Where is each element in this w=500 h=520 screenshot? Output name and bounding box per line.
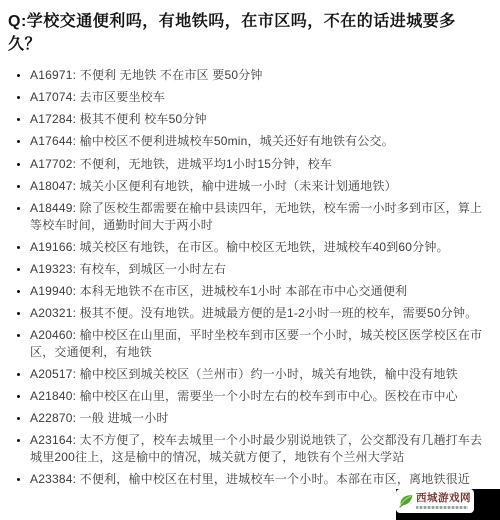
answer-text: 不便利，榆中校区在村里，进城校车一个小时。本部在市区，离地铁很近 <box>80 472 470 486</box>
answer-item: A22870: 一般 进城一小时 <box>30 410 492 427</box>
answer-item: A20517: 榆中校区到城关校区（兰州市）约一小时，城关有地铁，榆中没有地铁 <box>30 366 492 383</box>
answer-item: A19323: 有校车，到城区一小时左右 <box>30 261 492 278</box>
answer-id: A17284: <box>30 112 76 126</box>
answer-text: 榆中校区在山里，需要坐一个小时左右的校车到市中心。医校在市中心 <box>80 389 458 403</box>
answer-text: 有校车，到城区一小时左右 <box>80 262 226 276</box>
answer-item: A20321: 极其不便。没有地铁。进城最方便的是1-2小时一班的校车，需要50… <box>30 305 492 322</box>
answer-id: A23384: <box>30 472 76 486</box>
answer-text: 一般 进城一小时 <box>80 411 169 425</box>
watermark-badge: 西城游戏网 <box>396 489 474 513</box>
watermark-caption-strip <box>416 506 468 509</box>
answer-id: A23164: <box>30 433 76 447</box>
answer-text: 除了医校生都需要在榆中县读四年，无地铁，校车需一小时多到市区，算上等校车时间，通… <box>30 201 482 232</box>
answer-id: A17074: <box>30 90 76 104</box>
answer-item: A17702: 不便利，无地铁，进城平均1小时15分钟，校车 <box>30 156 492 173</box>
answer-id: A22870: <box>30 411 76 425</box>
answer-text: 不便利 无地铁 不在市区 要50分钟 <box>80 68 263 82</box>
answer-item: A19940: 本科无地铁不在市区，进城校车1小时 本部在市中心交通便利 <box>30 283 492 300</box>
answer-id: A18449: <box>30 201 76 215</box>
answer-item: A16971: 不便利 无地铁 不在市区 要50分钟 <box>30 67 492 84</box>
answer-item: A21840: 榆中校区在山里，需要坐一个小时左右的校车到市中心。医校在市中心 <box>30 388 492 405</box>
answer-item: A19166: 城关校区有地铁，在市区。榆中校区无地铁，进城校车40到60分钟。 <box>30 239 492 256</box>
watermark: 西城游戏网 <box>396 489 500 520</box>
question-title: Q:学校交通便利吗，有地铁吗，在市区吗，不在的话进城要多久？ <box>0 0 500 56</box>
answer-id: A18047: <box>30 179 76 193</box>
answer-id: A17644: <box>30 134 76 148</box>
answer-id: A20321: <box>30 306 76 320</box>
answer-item: A17284: 极其不便利 校车50分钟 <box>30 111 492 128</box>
answer-text: 城关小区便利有地铁，榆中进城一小时（未来计划通地铁） <box>80 179 397 193</box>
answer-text: 本科无地铁不在市区，进城校车1小时 本部在市中心交通便利 <box>80 284 408 298</box>
answer-id: A20517: <box>30 367 76 381</box>
answer-item: A17644: 榆中校区不便利进城校车50min，城关还好有地铁有公交。 <box>30 133 492 150</box>
answer-id: A20460: <box>30 328 76 342</box>
answer-text: 榆中校区不便利进城校车50min，城关还好有地铁有公交。 <box>80 134 394 148</box>
answer-text: 去市区要坐校车 <box>80 90 165 104</box>
answer-item: A18449: 除了医校生都需要在榆中县读四年，无地铁，校车需一小时多到市区，算… <box>30 200 492 234</box>
answer-text: 极其不便。没有地铁。进城最方便的是1-2小时一班的校车，需要50分钟。 <box>80 306 478 320</box>
leaf-logo-icon <box>398 493 414 509</box>
answer-id: A19166: <box>30 240 76 254</box>
answer-id: A19323: <box>30 262 76 276</box>
answer-item: A17074: 去市区要坐校车 <box>30 89 492 106</box>
answer-text: 城关校区有地铁，在市区。榆中校区无地铁，进城校车40到60分钟。 <box>80 240 449 254</box>
answer-list: A16971: 不便利 无地铁 不在市区 要50分钟 A17074: 去市区要坐… <box>0 67 500 488</box>
answer-id: A16971: <box>30 68 76 82</box>
watermark-site-name: 西城游戏网 <box>416 493 471 505</box>
answer-item: A18047: 城关小区便利有地铁，榆中进城一小时（未来计划通地铁） <box>30 178 492 195</box>
answer-text: 榆中校区到城关校区（兰州市）约一小时，城关有地铁，榆中没有地铁 <box>80 367 458 381</box>
answer-id: A21840: <box>30 389 76 403</box>
answer-item: A23384: 不便利，榆中校区在村里，进城校车一个小时。本部在市区，离地铁很近 <box>30 471 492 488</box>
answer-id: A17702: <box>30 157 76 171</box>
answer-item: A23164: 太不方便了，校车去城里一个小时最少别说地铁了，公交都没有几趟打车… <box>30 432 492 466</box>
answer-text: 不便利，无地铁，进城平均1小时15分钟，校车 <box>80 157 332 171</box>
answer-id: A19940: <box>30 284 76 298</box>
answer-item: A20460: 榆中校区在山里面，平时坐校车到市区要一个小时，城关校区医学校区在… <box>30 327 492 361</box>
answer-text: 榆中校区在山里面，平时坐校车到市区要一个小时，城关校区医学校区在市区，交通便利，… <box>30 328 482 359</box>
answer-text: 太不方便了，校车去城里一个小时最少别说地铁了，公交都没有几趟打车去城里200往上… <box>30 433 482 464</box>
answer-text: 极其不便利 校车50分钟 <box>80 112 207 126</box>
